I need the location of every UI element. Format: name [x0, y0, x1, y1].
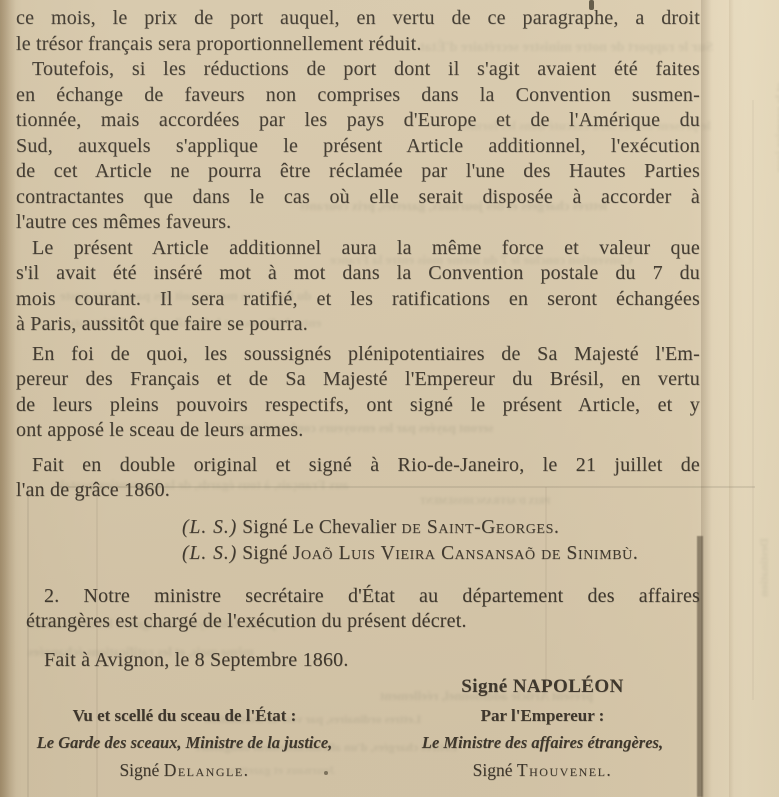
bleedthrough-text: Destination [757, 538, 772, 597]
text-line: Le présent Article additionnel aura la m… [16, 236, 700, 262]
text-line: le trésor français sera proportionnellem… [16, 32, 700, 58]
bleedthrough-text: Lettres ordinaires, par voie de Destinat… [205, 712, 421, 727]
text-line: En foi de quoi, les soussignés plénipote… [16, 342, 700, 368]
seal-signature-line: (L. S.) Signé Joaõ Luis Vieira Cansansaõ… [182, 541, 700, 567]
text-line: pereur des Français et de Sa Majesté l'E… [16, 367, 700, 393]
signatory-name-smallcaps: Thouvenel. [517, 760, 612, 780]
left-footer-heading: Vu et scellé du sceau de l'État : [12, 706, 357, 726]
text-line: Fait à Avignon, le 8 Septembre 1860. [26, 648, 700, 674]
paragraph: En foi de quoi, les soussignés plénipote… [16, 342, 700, 444]
signed-label: Signé [242, 543, 287, 564]
paragraph: Le présent Article additionnel aura la m… [16, 236, 700, 338]
text-line: mois courant. Il sera ratifié, et les ra… [16, 287, 700, 313]
scanned-document-page: Sur le rapport de notre ministre secréta… [0, 0, 779, 797]
napoleon-signature: Signé NAPOLÉON [370, 676, 715, 698]
text-line: de leurs pleins pouvoirs respectifs, ont… [16, 393, 700, 419]
left-footer-title: Le Garde des sceaux, Ministre de la just… [12, 733, 357, 753]
page-crease [701, 0, 715, 797]
signed-label: Signé [119, 760, 159, 780]
paragraph: Fait à Avignon, le 8 Septembre 1860. [26, 648, 700, 674]
signatory-name-smallcaps: Delangle. [164, 760, 250, 780]
bleedthrough-text: et le premier jour [772, 83, 779, 173]
text-line: en échange de faveurs non comprises dans… [16, 83, 700, 109]
signatory-name-smallcaps: Joaõ Luis Vieira Cansansaõ de Sinimbù. [293, 543, 639, 564]
seal-signature-line: (L. S.) Signé Le Chevalier de Saint-Geor… [182, 515, 700, 541]
paragraph: Fait en double original et signé à Rio-d… [16, 453, 700, 504]
bleedthrough-text: Journaux et gazettes [230, 763, 335, 778]
text-line: l'an de grâce 1860. [16, 478, 700, 504]
right-footer-heading: Par l'Empereur : [370, 706, 715, 726]
seal-mark: (L. S.) [182, 517, 237, 538]
ink-speck [324, 771, 328, 775]
signatory-name-smallcaps: de Saint-Georges. [402, 517, 560, 538]
text-line: ont apposé le sceau de leurs armes. [16, 418, 700, 444]
bleedthrough-table-line [752, 100, 754, 700]
body-paragraphs: ce mois, le prix de port auquel, en vert… [16, 6, 700, 504]
bleedthrough-text: Lettres chargées, d'un affranchissement … [195, 740, 458, 755]
page-crease-soft [729, 0, 734, 797]
text-line: étrangères est chargé de l'exécution du … [26, 609, 700, 635]
right-footer-title: Le Ministre des affaires étrangères, [370, 733, 715, 753]
seal-signatures: (L. S.) Signé Le Chevalier de Saint-Geor… [182, 515, 700, 567]
text-line: à Paris, aussitôt que faire se pourra. [16, 312, 700, 338]
left-footer-signature: Signé Delangle. [12, 760, 357, 781]
signed-label: Signé [461, 676, 507, 697]
text-column: ce mois, le prix de port auquel, en vert… [16, 6, 700, 673]
text-line: ce mois, le prix de port auquel, en vert… [16, 6, 700, 32]
text-line: tionnée, mais accordées par les pays d'E… [16, 108, 700, 134]
seal-mark: (L. S.) [182, 543, 237, 564]
right-footer-signature: Signé Thouvenel. [370, 760, 715, 781]
page-left-edge-shadow [0, 0, 16, 797]
text-line: Sud, auxquels s'applique le présent Arti… [16, 134, 700, 160]
signed-label: Signé [473, 760, 513, 780]
signed-label: Signé [242, 517, 287, 538]
text-line: s'il avait été inséré mot à mot dans la … [16, 261, 700, 287]
bleedthrough-text: présent Article additionnel, réellement [380, 688, 593, 704]
paragraph: Toutefois, si les réductions de port don… [16, 57, 700, 236]
text-line: contractantes que dans le cas où elle se… [16, 185, 700, 211]
paragraph: ce mois, le prix de port auquel, en vert… [16, 6, 700, 57]
decree-paragraphs: 2. Notre ministre secrétaire d'État au d… [26, 584, 700, 674]
signatory-name: Le Chevalier [293, 517, 397, 538]
text-line: l'autre ces mêmes faveurs. [16, 210, 700, 236]
paragraph: 2. Notre ministre secrétaire d'État au d… [26, 584, 700, 635]
text-line: Toutefois, si les réductions de port don… [16, 57, 700, 83]
emperor-name: NAPOLÉON [513, 676, 624, 697]
text-line: Fait en double original et signé à Rio-d… [16, 453, 700, 479]
text-line: de cet Article ne pourra être réclamée p… [16, 159, 700, 185]
text-line: 2. Notre ministre secrétaire d'État au d… [26, 584, 700, 610]
